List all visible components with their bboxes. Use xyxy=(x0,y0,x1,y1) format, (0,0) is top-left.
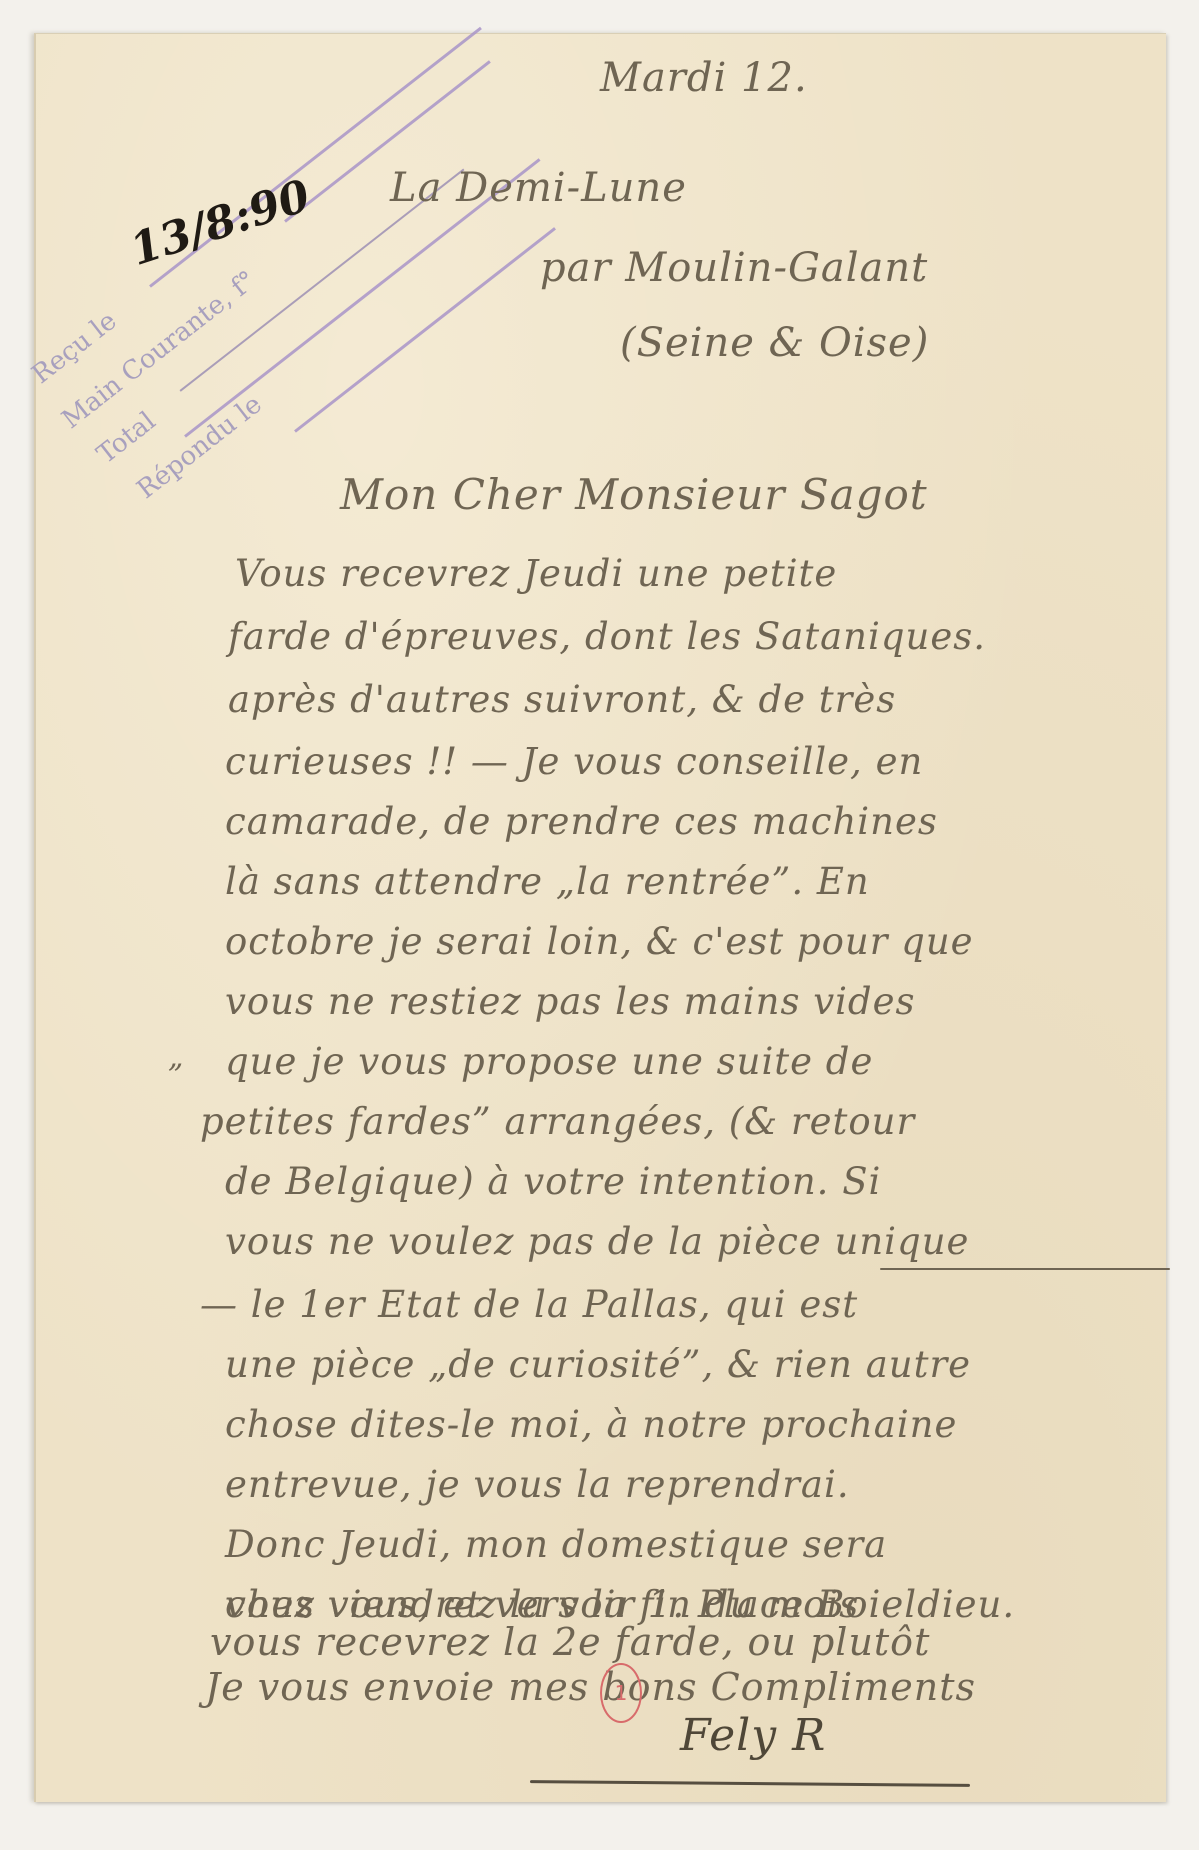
body-line-19: vous recevrez la 2e farde, ou plutôt xyxy=(210,1620,930,1664)
red-circled-number: 1 xyxy=(600,1663,642,1723)
body-line-15: chose dites-le moi, à notre prochaine xyxy=(225,1403,957,1446)
body-line-4: curieuses !! — Je vous conseille, en xyxy=(225,740,923,783)
body-line-8: vous ne restiez pas les mains vides xyxy=(225,980,916,1023)
body-line-17: Donc Jeudi, mon domestique sera xyxy=(225,1523,887,1566)
body-line-16: entrevue, je vous la reprendrai. xyxy=(225,1463,850,1506)
body-line-10: petites fardes” arrangées, (& retour xyxy=(200,1100,915,1143)
circled-number-text: 1 xyxy=(615,1681,628,1705)
underline-piece-unique xyxy=(880,1268,1170,1270)
body-line-14: une pièce „de curiosité”, & rien autre xyxy=(225,1343,971,1386)
body-line-11: de Belgique) à votre intention. Si xyxy=(225,1160,881,1203)
closing-line: Je vous envoie mes bons Compliments xyxy=(205,1665,976,1709)
body-line-20: vous viendrez la voir 1. Place Boieldieu… xyxy=(225,1583,1015,1626)
body-line-1: Vous recevrez Jeudi une petite xyxy=(235,552,837,595)
salutation: Mon Cher Monsieur Sagot xyxy=(340,470,928,519)
signature: Fely R xyxy=(680,1710,826,1761)
letter-date: Mardi 12. xyxy=(600,55,808,101)
body-line-12: vous ne voulez pas de la pièce unique xyxy=(225,1220,969,1263)
body-line-3: après d'autres suivront, & de très xyxy=(228,678,896,721)
address-line-3: (Seine & Oise) xyxy=(620,320,929,366)
address-line-2: par Moulin-Galant xyxy=(540,245,928,291)
address-line-1: La Demi-Lune xyxy=(390,165,687,211)
body-line-6: là sans attendre „la rentrée”. En xyxy=(225,860,870,903)
body-line-5: camarade, de prendre ces machines xyxy=(225,800,938,843)
body-line-9: que je vous propose une suite de xyxy=(225,1040,873,1083)
body-line-13: — le 1er Etat de la Pallas, qui est xyxy=(200,1283,858,1326)
body-line-2: farde d'épreuves, dont les Sataniques. xyxy=(228,615,986,658)
margin-quote-mark: „ xyxy=(168,1040,184,1075)
body-line-7: octobre je serai loin, & c'est pour que xyxy=(225,920,974,963)
